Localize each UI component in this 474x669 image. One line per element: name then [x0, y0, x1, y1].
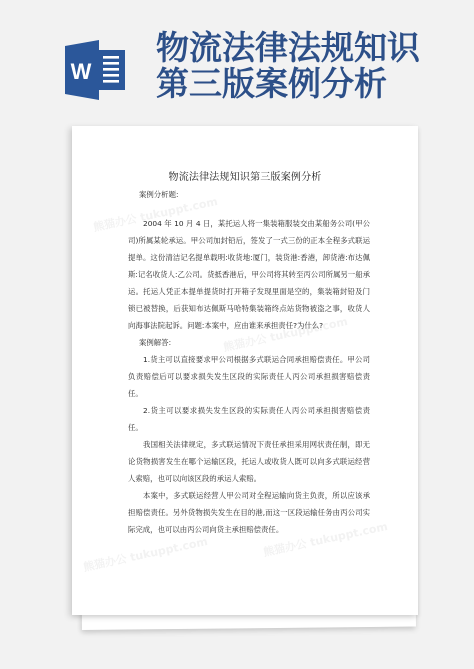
case-text: 2004 年 10 月 4 日，某托运人将一集装箱服装交由某船务公司(甲公司)所… — [128, 215, 370, 334]
law-paragraph: 我国相关法律规定，多式联运情况下责任承担采用网状责任制，即无论货物损害发生在哪个… — [128, 436, 370, 487]
hero-title: 物流法律法规知识 第三版案例分析 — [156, 30, 456, 102]
document-body: 案例分析题: 2004 年 10 月 4 日，某托运人将一集装箱服装交由某船务公… — [128, 186, 370, 538]
hero-title-line-2: 第三版案例分析 — [156, 66, 456, 102]
case-label: 案例分析题: — [128, 186, 370, 203]
header-banner: W 物流法律法规知识 第三版案例分析 — [0, 0, 474, 125]
answer-1: 1.货主可以直接要求甲公司根据多式联运合同承担赔偿责任。甲公司负责赔偿后可以要求… — [128, 351, 370, 402]
document-page: 熊猫办公 tukuppt.com 熊猫办公 tukuppt.com 熊猫办公 t… — [72, 126, 418, 615]
answer-2: 2.货主可以要求损失发生区段的实际责任人丙公司承担损害赔偿责任。 — [128, 402, 370, 436]
answer-label: 案例解答: — [128, 334, 370, 351]
conclusion-paragraph: 本案中，多式联运经营人甲公司对全程运输向货主负责，所以应该承担赔偿责任。另外货物… — [128, 487, 370, 538]
microsoft-word-icon: W — [65, 40, 127, 100]
svg-text:W: W — [71, 59, 92, 84]
document-title: 物流法律法规知识第三版案例分析 — [72, 168, 418, 183]
watermark: 熊猫办公 tukuppt.com — [82, 533, 209, 575]
hero-title-line-1: 物流法律法规知识 — [156, 30, 456, 66]
